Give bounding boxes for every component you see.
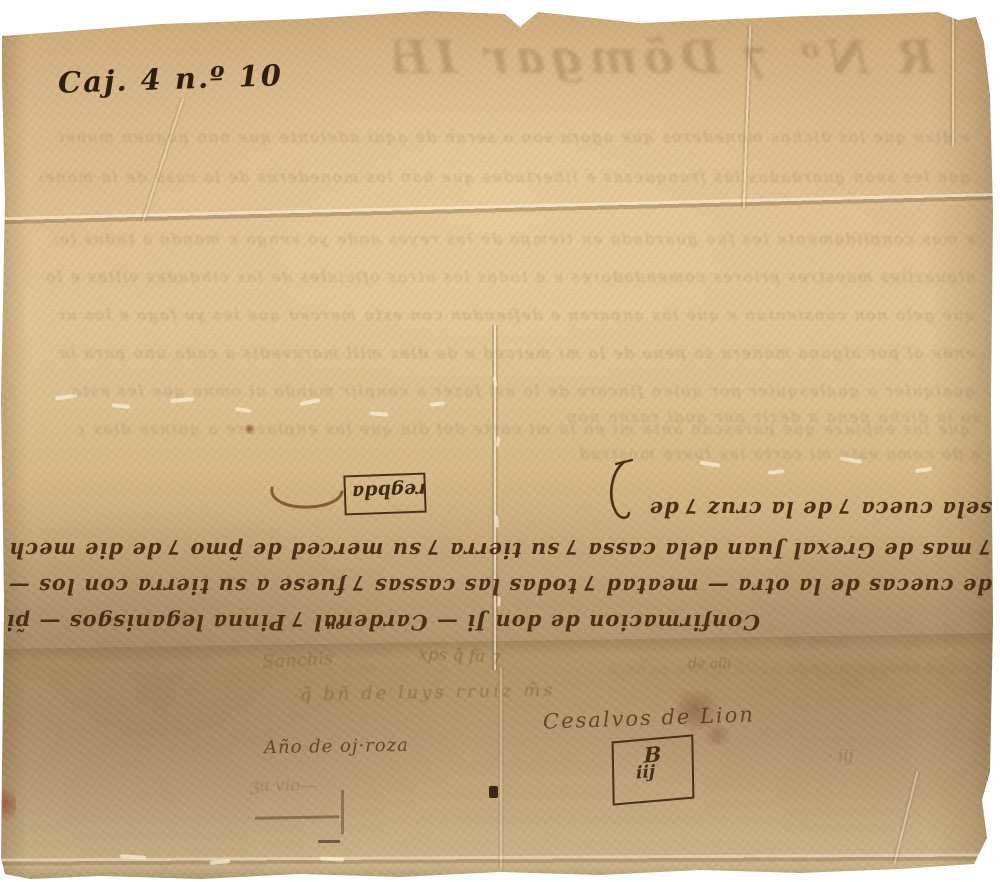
paraph-mark [268, 480, 352, 514]
ghost-text-line: e dixo que los dichos monederos que agor… [60, 128, 970, 146]
right-margin-numeral: · iij [828, 746, 853, 765]
ghost-text-line: e mas conplidamente les fue guardada en … [55, 230, 975, 248]
endorsement-line-1: sela cueca ⁊ de la cruz ⁊ de behnente [640, 497, 992, 522]
b-iij-box: B iij [612, 734, 695, 805]
dark-speck-bottom-center [489, 786, 498, 798]
ghost-text-line: ende al por alguna manera so pena de la … [50, 344, 975, 362]
ghost-heading-bleedthrough: R Nᵒ ⁊ Dõmgar IH [395, 30, 935, 84]
endorsement-superscript: ou [326, 618, 344, 633]
ghost-text-line: la cunplieren mando so la dicha pena a q… [600, 660, 980, 678]
cartouche-text: regbda [352, 479, 427, 504]
endorsement-line-2: ⁊ mas de Grexal Juan dela cassa ⁊ su tie… [8, 538, 992, 563]
year-note: Año de oj·roza [264, 735, 409, 759]
vertical-crease-top-right [950, 16, 956, 146]
ghost-text-line: qualquier o qualesquier por quien fincar… [65, 382, 975, 400]
photo-of-parchment-charter: R Nᵒ ⁊ Dõmgar IH e dixo que los dichos m… [0, 0, 1000, 882]
faded-note-4: de alli [688, 656, 731, 672]
box-numeral-iij: iij [636, 762, 655, 784]
faded-note-2: xps q̄ fa ⁊ [418, 645, 500, 668]
faded-note-1: Sanchis [261, 648, 333, 673]
partial-box-tick [318, 840, 340, 843]
ghost-text-line: e de como esta mi carta les fuere mostra… [580, 445, 980, 463]
cartouche-box: regbda [343, 473, 426, 516]
parchment-sheet: R Nᵒ ⁊ Dõmgar IH e dixo que los dichos m… [0, 0, 1000, 882]
ghost-text-line: que gelo non consientan e que los anpare… [60, 306, 975, 324]
partial-box-line-vertical [341, 790, 344, 834]
endorsement-line-3: de cuecas de la otra — meatad ⁊ todas la… [8, 574, 992, 599]
barros-note: ʒa vio— [250, 776, 317, 796]
ghost-text-line: alguaziles maestres priores comendadores… [45, 268, 975, 286]
ghost-text-line: so la dicha pena a dezir por qual razon … [560, 408, 980, 426]
faded-note-3: q̄ bñ de luys rruiz m̃s [300, 680, 556, 705]
flourish-mark [602, 458, 636, 524]
ghost-text-line: que les sean guardadas las franquezas e … [40, 168, 970, 186]
endorsement-line-4: Confirmacion de don Ji — Cardenal ⁊ Pinn… [8, 610, 760, 635]
